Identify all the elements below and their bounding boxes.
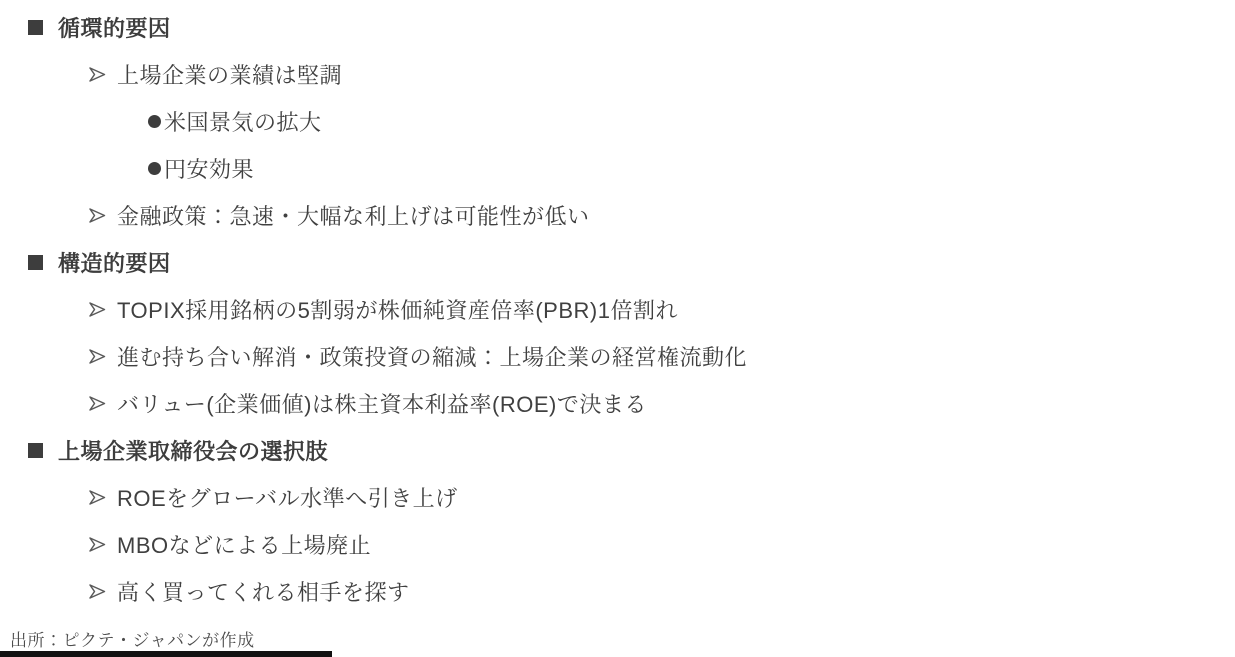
list-item-text: 上場企業取締役会の選択肢	[58, 435, 328, 466]
list-item: 上場企業の業績は堅調	[0, 51, 1235, 98]
square-bullet-icon	[28, 443, 43, 458]
bullet-list: 循環的要因 上場企業の業績は堅調 米国景気の拡大 円安効果 金融政策：急速・大幅…	[0, 0, 1235, 615]
list-item: 構造的要因	[0, 239, 1235, 286]
list-item-text: バリュー(企業価値)は株主資本利益率(ROE)で決まる	[117, 388, 647, 419]
list-item-text: 構造的要因	[58, 247, 171, 278]
list-item: 高く買ってくれる相手を探す	[0, 568, 1235, 615]
list-item-text: 進む持ち合い解消・政策投資の縮減：上場企業の経営権流動化	[117, 341, 747, 372]
list-item-text: 円安効果	[164, 153, 254, 184]
list-item-text: 金融政策：急速・大幅な利上げは可能性が低い	[117, 200, 590, 231]
dot-bullet-icon	[148, 162, 161, 175]
arrow-bullet-icon	[88, 207, 107, 224]
dot-bullet-icon	[148, 115, 161, 128]
list-item-text: MBOなどによる上場廃止	[117, 529, 371, 560]
square-bullet-icon	[28, 255, 43, 270]
list-item: 上場企業取締役会の選択肢	[0, 427, 1235, 474]
list-item-text: 上場企業の業績は堅調	[117, 59, 342, 90]
arrow-bullet-icon	[88, 583, 107, 600]
list-item-text: ROEをグローバル水準へ引き上げ	[117, 482, 458, 513]
list-item-text: 米国景気の拡大	[164, 106, 322, 137]
arrow-bullet-icon	[88, 395, 107, 412]
list-item: バリュー(企業価値)は株主資本利益率(ROE)で決まる	[0, 380, 1235, 427]
bottom-edge-bar	[0, 651, 332, 657]
list-item-text: 循環的要因	[58, 12, 171, 43]
list-item: MBOなどによる上場廃止	[0, 521, 1235, 568]
list-item: 円安効果	[0, 145, 1235, 192]
list-item-text: TOPIX採用銘柄の5割弱が株価純資産倍率(PBR)1倍割れ	[117, 294, 678, 325]
list-item: 米国景気の拡大	[0, 98, 1235, 145]
arrow-bullet-icon	[88, 301, 107, 318]
list-item: ROEをグローバル水準へ引き上げ	[0, 474, 1235, 521]
square-bullet-icon	[28, 20, 43, 35]
arrow-bullet-icon	[88, 348, 107, 365]
source-attribution: 出所：ピクテ・ジャパンが作成	[10, 626, 255, 651]
list-item-text: 高く買ってくれる相手を探す	[117, 576, 410, 607]
list-item: 循環的要因	[0, 4, 1235, 51]
arrow-bullet-icon	[88, 536, 107, 553]
arrow-bullet-icon	[88, 66, 107, 83]
list-item: TOPIX採用銘柄の5割弱が株価純資産倍率(PBR)1倍割れ	[0, 286, 1235, 333]
list-item: 進む持ち合い解消・政策投資の縮減：上場企業の経営権流動化	[0, 333, 1235, 380]
arrow-bullet-icon	[88, 489, 107, 506]
slide: 循環的要因 上場企業の業績は堅調 米国景気の拡大 円安効果 金融政策：急速・大幅…	[0, 0, 1235, 657]
list-item: 金融政策：急速・大幅な利上げは可能性が低い	[0, 192, 1235, 239]
